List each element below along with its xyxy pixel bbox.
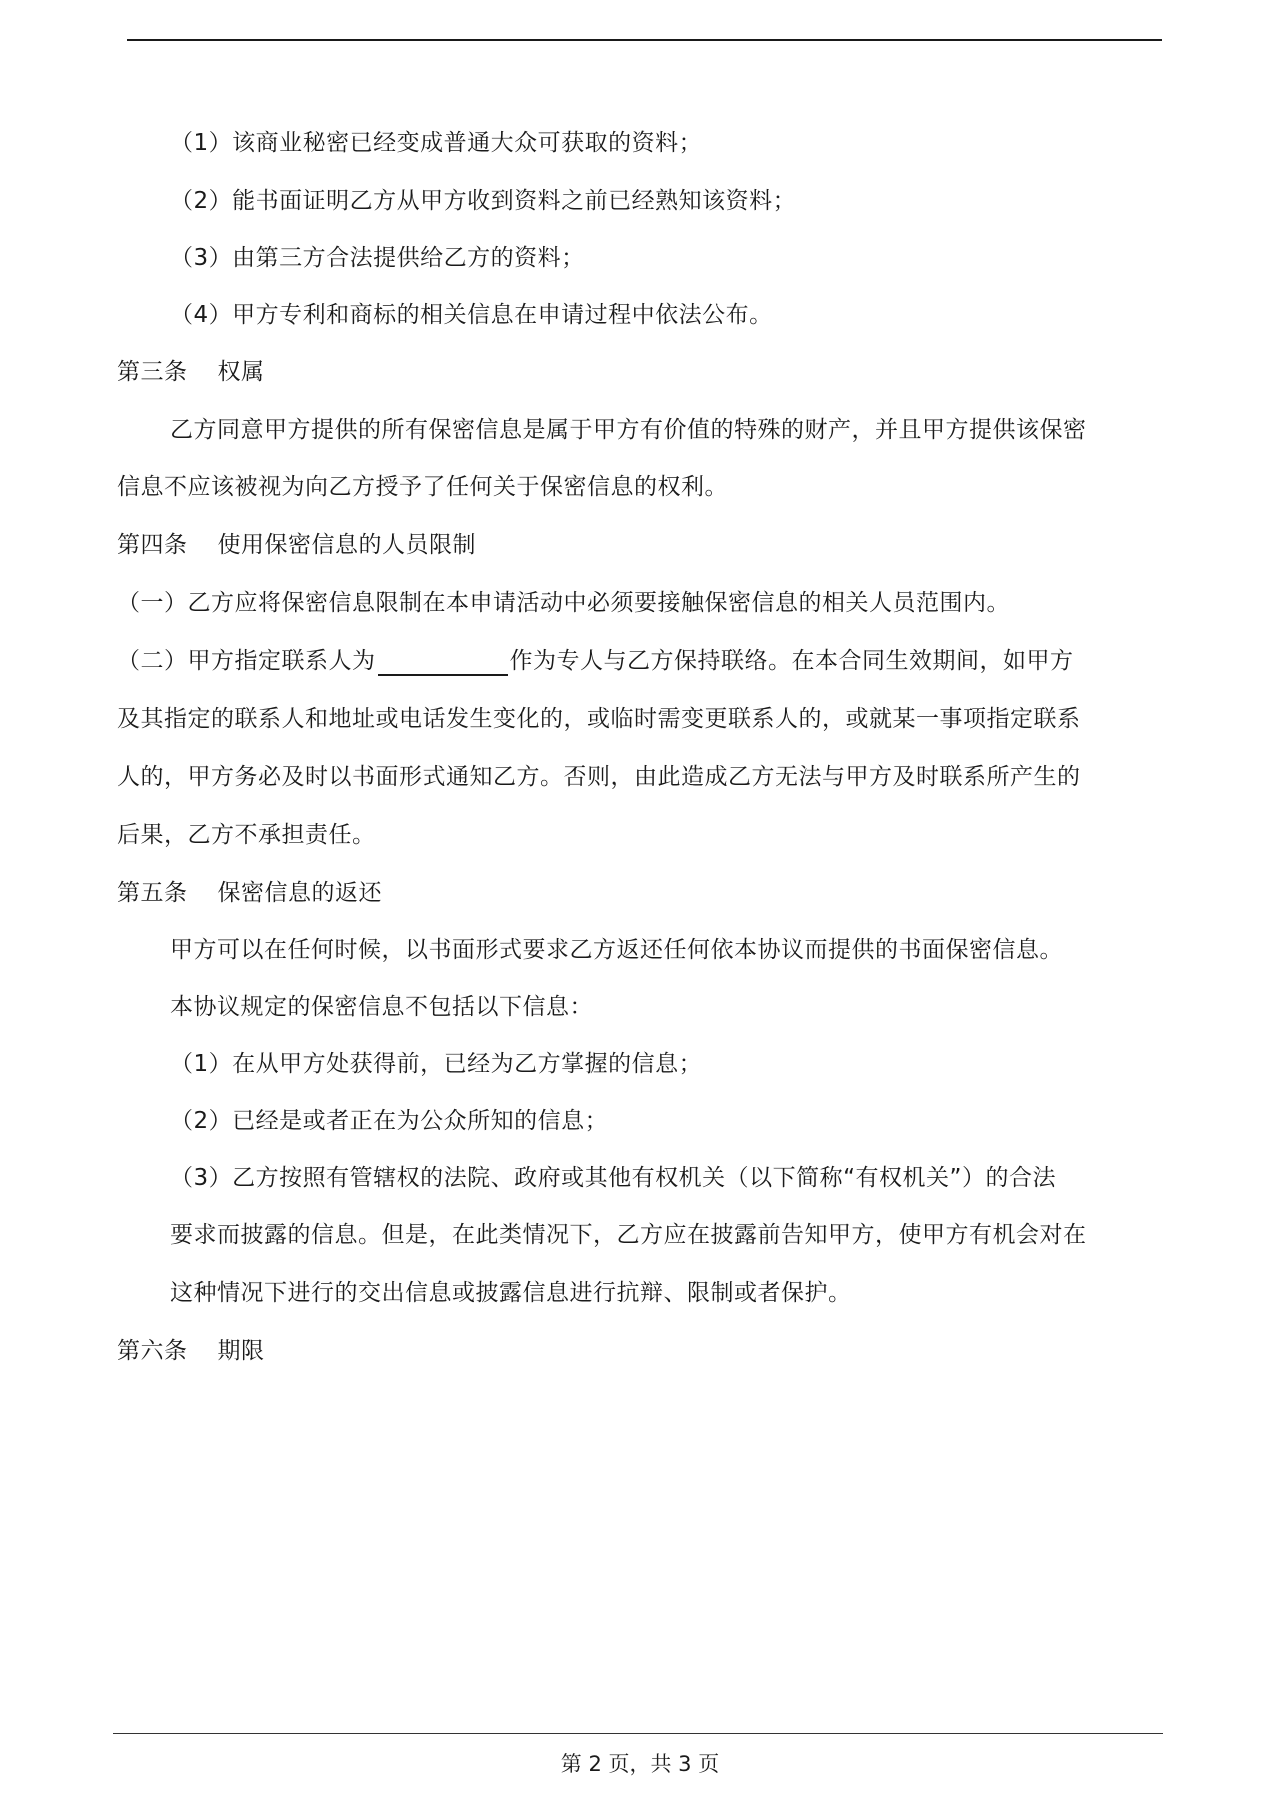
exclusion-item-2: （2）能书面证明乙方从甲方收到资料之前已经熟知该资料； bbox=[170, 186, 796, 216]
article-4-clause-2-line-3: 人的，甲方务必及时以书面形式通知乙方。否则，由此造成乙方无法与甲方及时联系所产生… bbox=[117, 762, 1081, 792]
article-number: 第六条 bbox=[117, 1338, 188, 1364]
article-5-paragraph-1: 甲方可以在任何时候，以书面形式要求乙方返还任何依本协议而提供的书面保密信息。 bbox=[170, 935, 1063, 965]
article-4-heading: 第四条使用保密信息的人员限制 bbox=[117, 530, 476, 560]
article-4-clause-2-line-4: 后果，乙方不承担责任。 bbox=[117, 820, 376, 850]
article-5-item-2: （2）已经是或者正在为公众所知的信息； bbox=[170, 1106, 608, 1136]
footer-rule bbox=[113, 1733, 1163, 1734]
clause-2-prefix: （二）甲方指定联系人为 bbox=[117, 648, 376, 674]
page-number: 第 2 页，共 3 页 bbox=[0, 1748, 1280, 1778]
article-5-item-3-line-3: 这种情况下进行的交出信息或披露信息进行抗辩、限制或者保护。 bbox=[170, 1278, 852, 1308]
clause-2-suffix: 作为专人与乙方保持联络。在本合同生效期间，如甲方 bbox=[510, 648, 1074, 674]
article-5-paragraph-2: 本协议规定的保密信息不包括以下信息： bbox=[170, 992, 593, 1022]
contact-person-blank[interactable] bbox=[378, 650, 508, 676]
article-3-paragraph-line-1: 乙方同意甲方提供的所有保密信息是属于甲方有价值的特殊的财产，并且甲方提供该保密 bbox=[170, 415, 1087, 445]
article-4-clause-2-line-2: 及其指定的联系人和地址或电话发生变化的，或临时需变更联系人的，或就某一事项指定联… bbox=[117, 704, 1081, 734]
exclusion-item-3: （3）由第三方合法提供给乙方的资料； bbox=[170, 243, 585, 273]
article-6-heading: 第六条期限 bbox=[117, 1336, 265, 1366]
article-3-heading: 第三条权属 bbox=[117, 357, 265, 387]
article-title: 使用保密信息的人员限制 bbox=[218, 532, 477, 558]
article-4-clause-2: （二）甲方指定联系人为作为专人与乙方保持联络。在本合同生效期间，如甲方 bbox=[117, 646, 1074, 676]
article-number: 第四条 bbox=[117, 532, 188, 558]
article-title: 保密信息的返还 bbox=[218, 880, 383, 906]
article-5-item-1: （1）在从甲方处获得前，已经为乙方掌握的信息； bbox=[170, 1049, 702, 1079]
exclusion-item-4: （4）甲方专利和商标的相关信息在申请过程中依法公布。 bbox=[170, 300, 773, 330]
exclusion-item-1: （1）该商业秘密已经变成普通大众可获取的资料； bbox=[170, 128, 702, 158]
article-5-item-3-line-2: 要求而披露的信息。但是，在此类情况下，乙方应在披露前告知甲方，使甲方有机会对在 bbox=[170, 1220, 1087, 1250]
article-title: 期限 bbox=[218, 1338, 265, 1364]
article-number: 第五条 bbox=[117, 880, 188, 906]
article-5-item-3: （3）乙方按照有管辖权的法院、政府或其他有权机关（以下简称“有权机关”）的合法 bbox=[170, 1163, 1056, 1193]
article-title: 权属 bbox=[218, 359, 265, 385]
article-5-heading: 第五条保密信息的返还 bbox=[117, 878, 382, 908]
article-number: 第三条 bbox=[117, 359, 188, 385]
article-4-clause-1: （一）乙方应将保密信息限制在本申请活动中必须要接触保密信息的相关人员范围内。 bbox=[117, 588, 1010, 618]
article-3-paragraph-line-2: 信息不应该被视为向乙方授予了任何关于保密信息的权利。 bbox=[117, 472, 728, 502]
header-rule bbox=[127, 39, 1162, 41]
